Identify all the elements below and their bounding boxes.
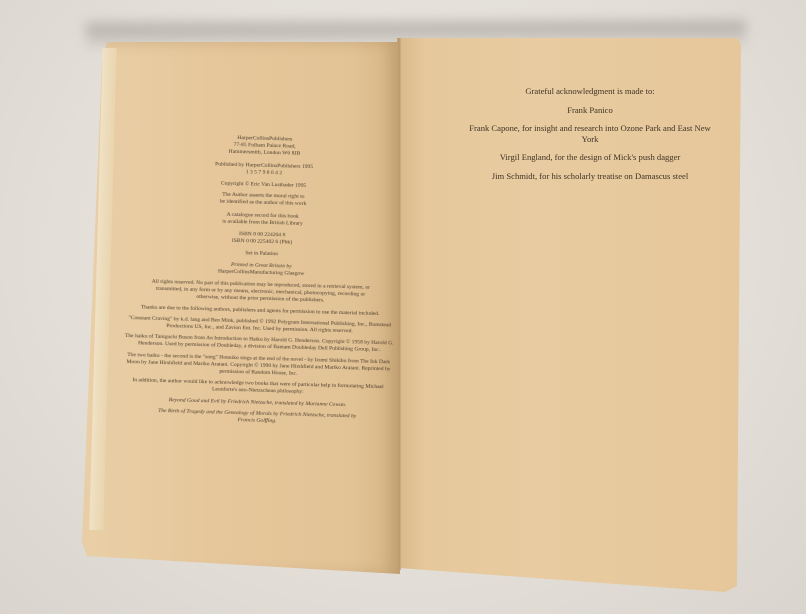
publication-info: Published by HarperCollinsPublishers 199… bbox=[129, 159, 399, 181]
printer-info: Printed in Great Britain by HarperCollin… bbox=[126, 259, 396, 281]
acknowledgment-line: Frank Capone, for insight and research i… bbox=[440, 123, 740, 144]
acknowledgment-line: Frank Panico bbox=[440, 105, 740, 116]
isbn-block: ISBN 0 00 224204 8 ISBN 0 00 225402 6 (P… bbox=[127, 228, 397, 250]
catalogue-record: A catalogue record for this book is avai… bbox=[127, 209, 397, 231]
copyright-page-text: HarperCollinsPublishers 77-85 Fulham Pal… bbox=[122, 132, 400, 433]
acknowledgments-heading: Grateful acknowledgment is made to: bbox=[440, 86, 740, 97]
book-gutter bbox=[397, 38, 401, 570]
open-book: HarperCollinsPublishers 77-85 Fulham Pal… bbox=[0, 0, 806, 614]
acknowledgment-line: Virgil England, for the design of Mick's… bbox=[440, 152, 740, 163]
acknowledgments-page-text: Grateful acknowledgment is made to: Fran… bbox=[440, 86, 740, 190]
credit-izumi-shikibu: The two haiku - the second is the "song"… bbox=[123, 352, 393, 381]
acknowledgment-line: Jim Schmidt, for his scholarly treatise … bbox=[440, 171, 740, 182]
book-birth-of-tragedy: The Birth of Tragedy and the Genealogy o… bbox=[122, 407, 392, 429]
moral-rights: The Author asserts the moral right to be… bbox=[128, 189, 398, 211]
rights-reserved: All rights reserved. No part of this pub… bbox=[125, 278, 395, 307]
